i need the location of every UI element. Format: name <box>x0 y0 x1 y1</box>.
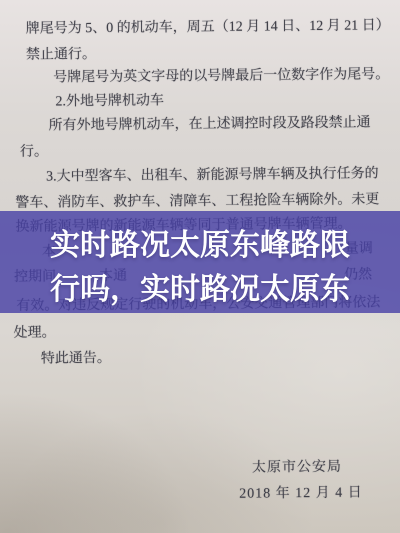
notice-line: 3.大中型客车、出租车、新能源号牌车辆及执行任务的 <box>46 166 379 184</box>
notice-line: 所有外地号牌机动车，在上述调控时段及路段禁止通 <box>49 115 371 133</box>
caption-line-1: 实时路况太原东峰路限 <box>0 224 400 268</box>
notice-line: 行。 <box>20 145 48 160</box>
issuer-signature: 太原市公安局 <box>252 460 342 476</box>
notice-line: 警车、消防车、救护车、清障车、工程抢险车辆除外。未更 <box>15 192 379 210</box>
caption-line-2: 行吗，实时路况太原东 <box>0 268 400 312</box>
notice-line: 处理。 <box>14 325 56 340</box>
notice-line: 2.外地号牌机动车 <box>55 93 164 109</box>
notice-line: 号牌尾号为英文字母的以号牌最后一位数字作为尾号。 <box>53 67 389 85</box>
notice-line: 禁止通行。 <box>26 47 96 63</box>
notice-line: 特此通告。 <box>41 351 111 367</box>
caption-overlay: 实时路况太原东峰路限 行吗，实时路况太原东 <box>0 224 400 312</box>
notice-line: 牌尾号为 5、0 的机动车，周五（12 月 14 日、12 月 21 日） <box>26 18 390 36</box>
issue-date: 2018 年 12 月 4 日 <box>239 486 363 502</box>
